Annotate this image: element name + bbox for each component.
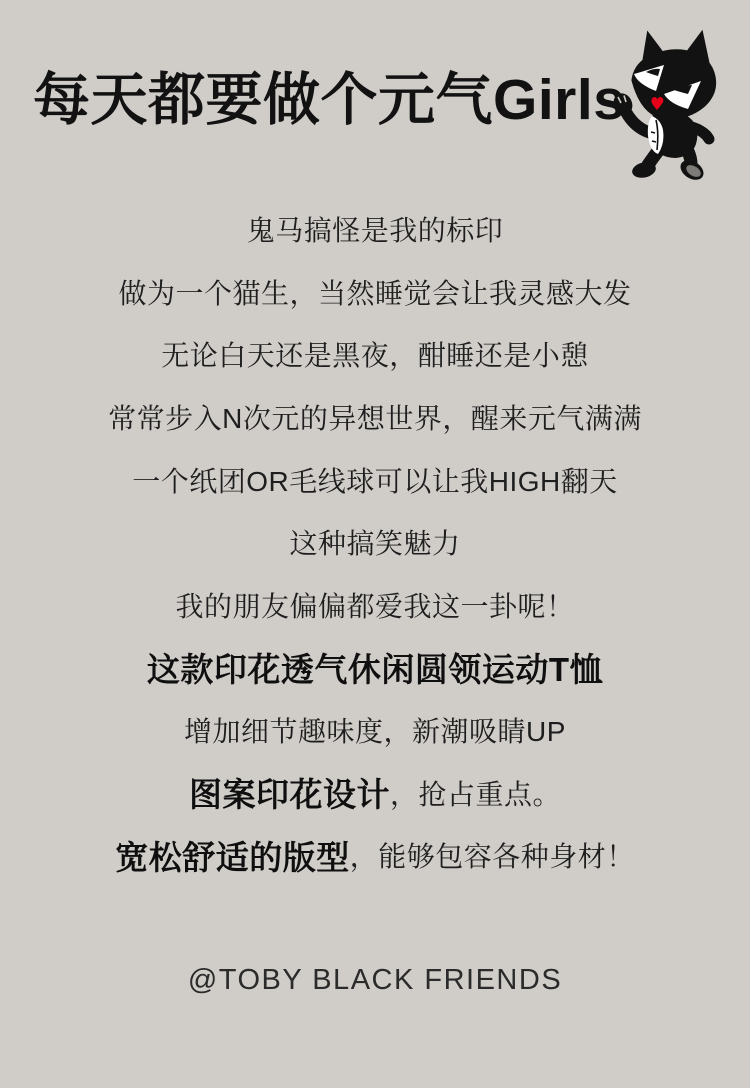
body-line: 常常步入N次元的异想世界，醒来元气满满 xyxy=(0,386,750,449)
body-line-text: 无论白天还是黑夜，酣睡还是小憩 xyxy=(161,334,589,374)
body-line: 无论白天还是黑夜，酣睡还是小憩 xyxy=(0,323,750,386)
body-line-text: ，能够包容各种身材！ xyxy=(350,835,635,875)
body-line: 鬼马搞怪是我的标印 xyxy=(0,198,750,261)
body-line-text: 增加细节趣味度，新潮吸睛UP xyxy=(184,710,566,750)
body-line-text: 常常步入N次元的异想世界，醒来元气满满 xyxy=(108,397,642,437)
description-text-block: 鬼马搞怪是我的标印 做为一个猫生，当然睡觉会让我灵感大发 无论白天还是黑夜，酣睡… xyxy=(0,198,750,887)
body-line-bold: 图案印花设计 xyxy=(189,769,390,816)
body-line-text: ，抢占重点。 xyxy=(390,773,561,813)
body-line: 这种搞笑魅力 xyxy=(0,511,750,574)
body-line-bold: 宽松舒适的版型 xyxy=(115,832,350,879)
brand-credit: @TOBY BLACK FRIENDS xyxy=(0,964,750,997)
body-line: 这款印花透气休闲圆领运动T恤 xyxy=(0,636,750,699)
body-line: 宽松舒适的版型，能够包容各种身材！ xyxy=(0,824,750,887)
body-line: 图案印花设计，抢占重点。 xyxy=(0,761,750,824)
body-line-text: 一个纸团OR毛线球可以让我HIGH翻天 xyxy=(132,460,618,500)
body-line: 增加细节趣味度，新潮吸睛UP xyxy=(0,699,750,762)
body-line-text: 做为一个猫生，当然睡觉会让我灵感大发 xyxy=(118,272,631,312)
body-line-bold: 这款印花透气休闲圆领运动T恤 xyxy=(147,644,603,691)
page-title: 每天都要做个元气Girls xyxy=(33,68,625,134)
body-line: 做为一个猫生，当然睡觉会让我灵感大发 xyxy=(0,261,750,324)
body-line: 一个纸团OR毛线球可以让我HIGH翻天 xyxy=(0,448,750,511)
product-description-page: 每天都要做个元气Girls xyxy=(0,0,750,1088)
body-line: 我的朋友偏偏都爱我这一卦呢！ xyxy=(0,574,750,637)
black-cat-mascot-icon xyxy=(608,24,726,180)
body-line-text: 我的朋友偏偏都爱我这一卦呢！ xyxy=(175,585,574,625)
body-line-text: 这种搞笑魅力 xyxy=(289,522,460,562)
body-line-text: 鬼马搞怪是我的标印 xyxy=(247,209,504,249)
